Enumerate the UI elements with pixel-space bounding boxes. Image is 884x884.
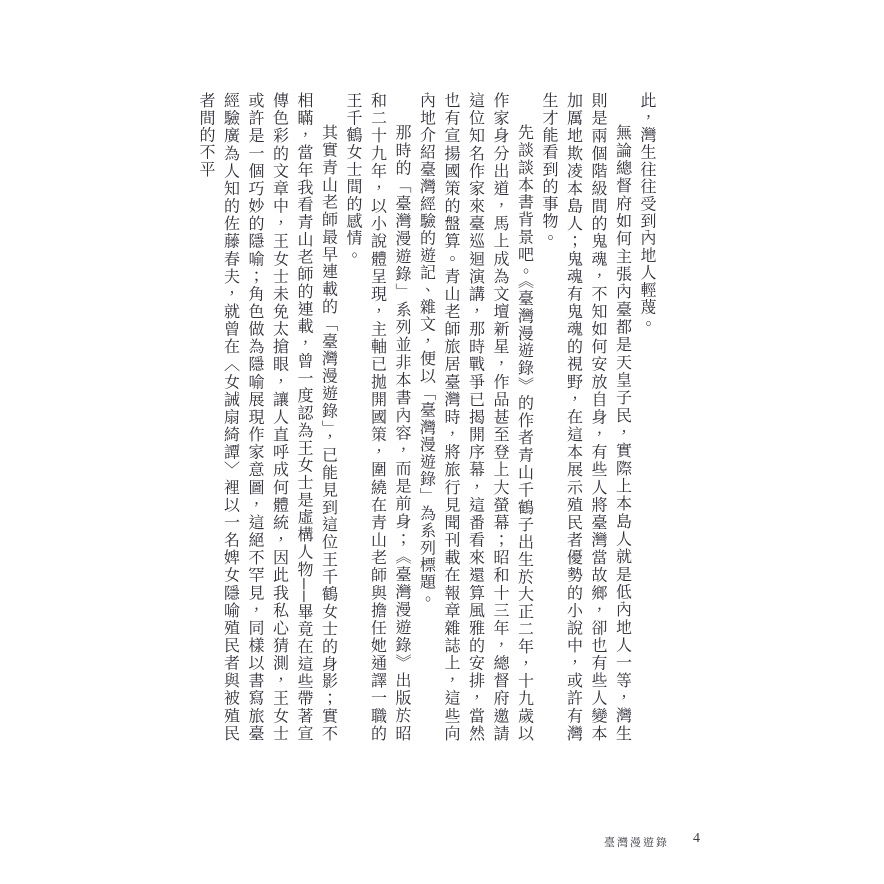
paragraph: 其實青山老師最早連載的「臺灣漫遊錄」，已能見到這位王千鶴女士的身影；實不相瞞，當… [193, 92, 340, 742]
book-page: 此，灣生往往受到內地人輕蔑。無論總督府如何主張內臺都是天皇子民，實際上本島人就是… [0, 0, 884, 884]
footer-page-number: 4 [693, 831, 700, 847]
vertical-text-block: 此，灣生往往受到內地人輕蔑。無論總督府如何主張內臺都是天皇子民，實際上本島人就是… [193, 92, 659, 742]
page-footer: 臺灣漫遊錄 4 [0, 831, 884, 851]
paragraph: 無論總督府如何主張內臺都是天皇子民，實際上本島人就是低內地人一等，灣生則是兩個階… [536, 92, 634, 742]
paragraph: 此，灣生往往受到內地人輕蔑。 [634, 92, 659, 742]
footer-book-title: 臺灣漫遊錄 [604, 834, 669, 850]
paragraph: 那時的「臺灣漫遊錄」系列並非本書內容，而是前身；《臺灣漫遊錄》出版於昭和二十九年… [340, 92, 414, 742]
paragraph: 先談談本書背景吧。《臺灣漫遊錄》的作者青山千鶴子出生於大正二年，十九歲以作家身分… [413, 92, 536, 742]
